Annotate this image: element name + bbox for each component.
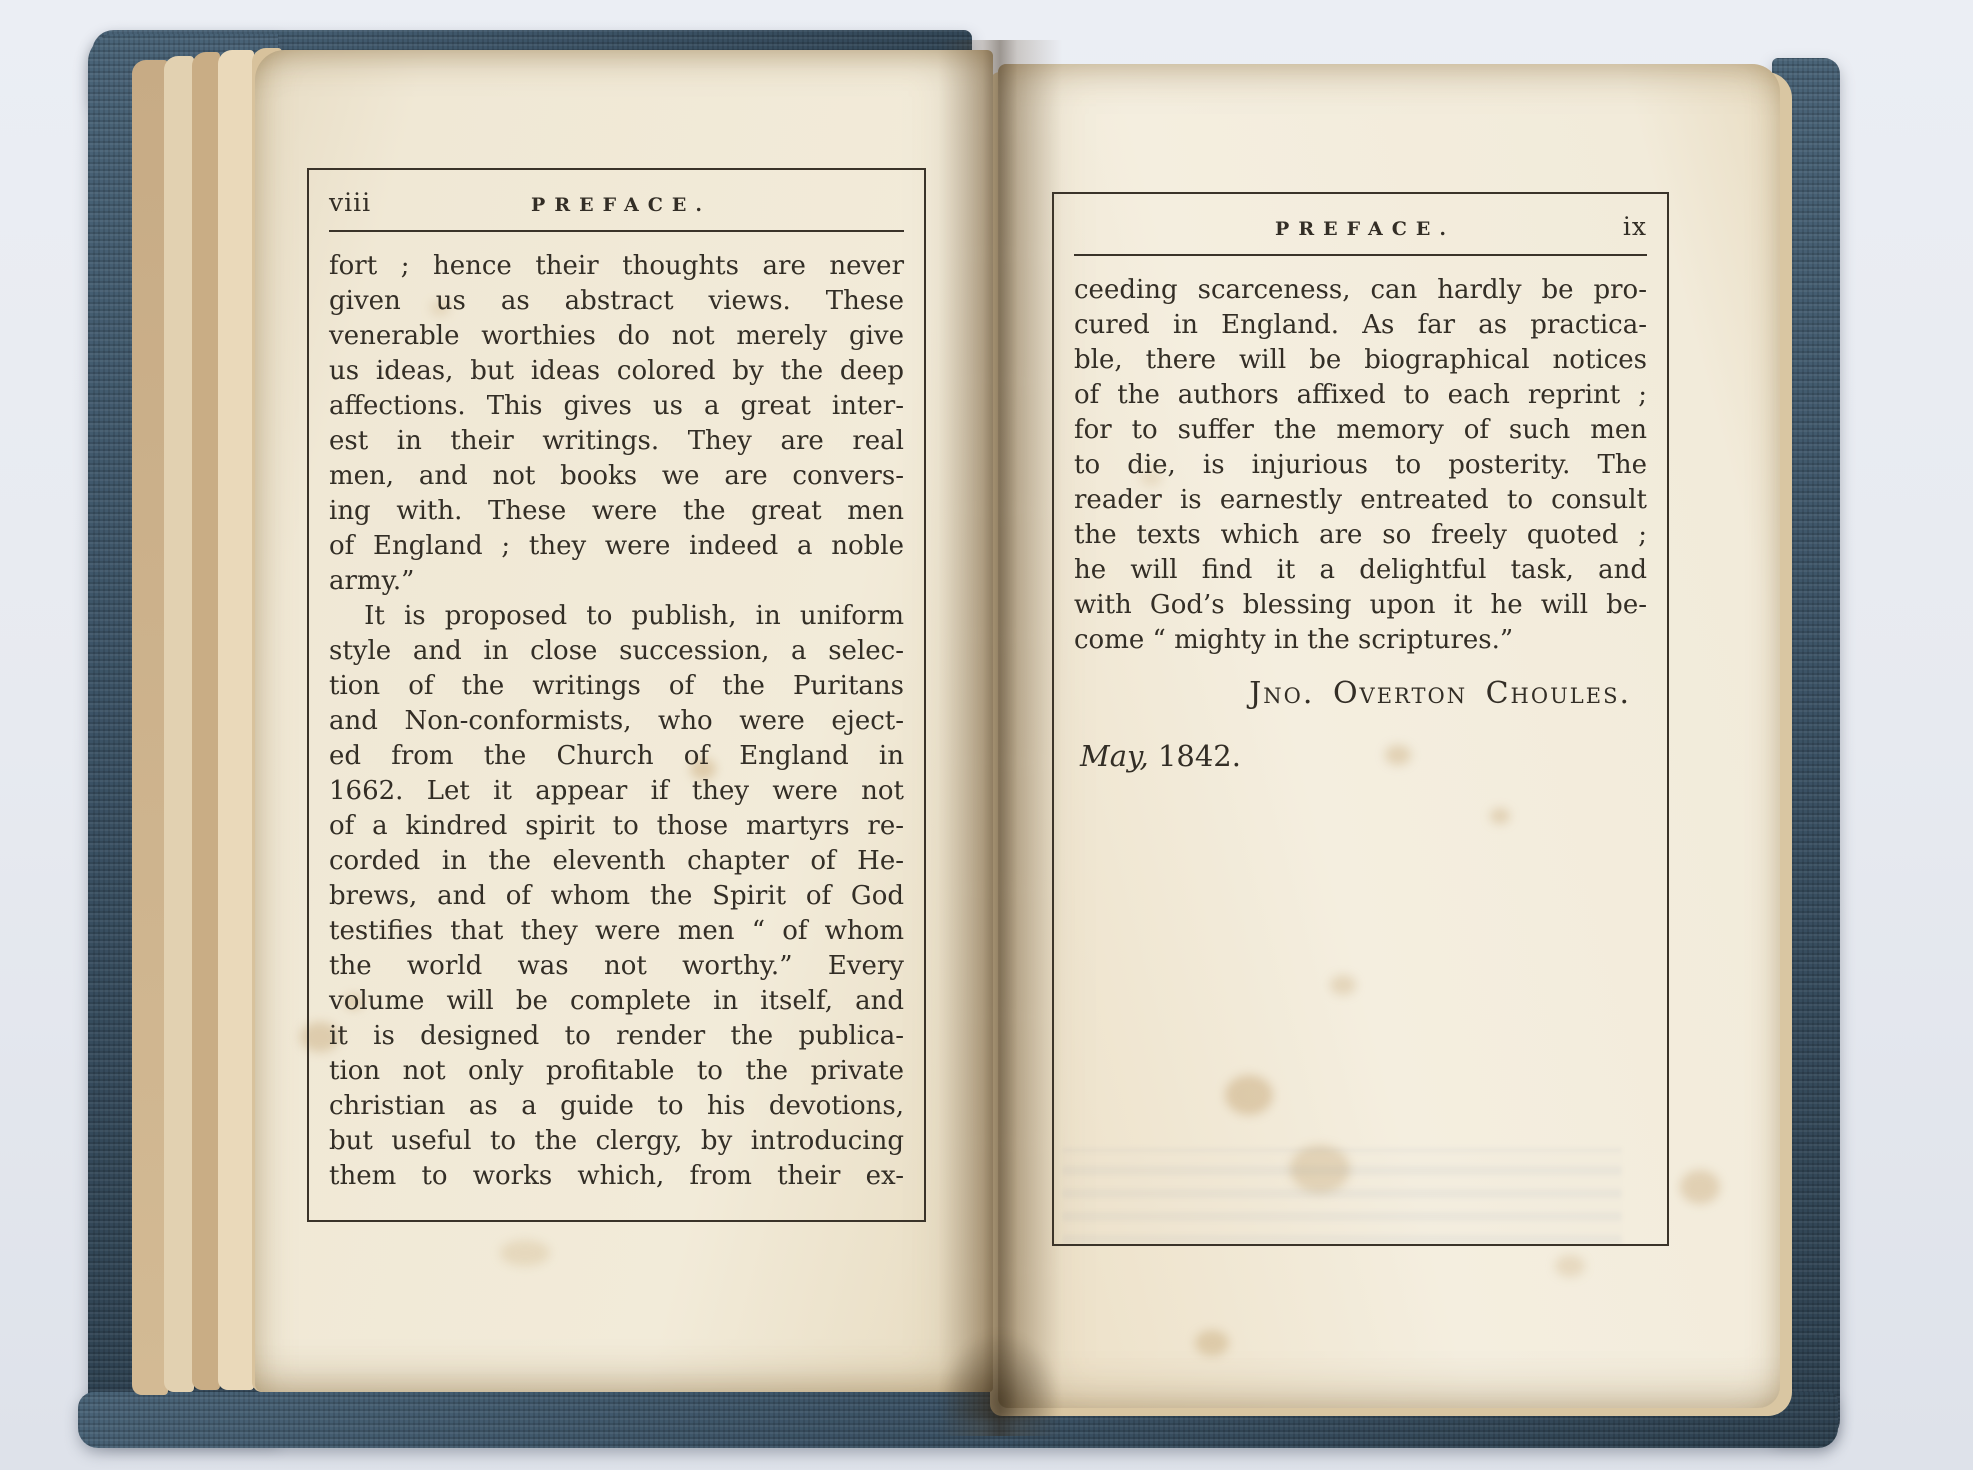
text-line: It is proposed to publish, in uniform [329,599,904,634]
text-line: for to suffer the memory of such men [1074,413,1647,448]
text-line: given us as abstract views. These [329,284,904,319]
text-line: fort ; hence their thoughts are never [329,249,904,284]
text-line: corded in the eleventh chapter of He- [329,844,904,879]
text-line: of a kindred spirit to those martyrs re- [329,809,904,844]
text-line: army.” [329,564,904,599]
text-line: tion not only profitable to the private [329,1054,904,1089]
text-line: venerable worthies do not merely give [329,319,904,354]
text-line: with God’s blessing upon it he will be- [1074,588,1647,623]
date-year: 1842. [1158,739,1241,773]
text-line: us ideas, but ideas colored by the deep [329,354,904,389]
text-line: come “ mighty in the scriptures.” [1074,623,1647,658]
text-line: ble, there will be biographical notices [1074,343,1647,378]
text-line: testifies that they were men “ of whom [329,914,904,949]
text-line: of England ; they were indeed a noble [329,529,904,564]
right-page-body-text: ceeding scarceness, can hardly be pro-cu… [1054,256,1667,658]
author-signature: Jno. Overton Choules. [1054,676,1667,711]
text-line: men, and not books we are convers- [329,459,904,494]
text-line: the texts which are so freely quoted ; [1074,518,1647,553]
text-line: to die, is injurious to posterity. The [1074,448,1647,483]
text-line: them to works which, from their ex- [329,1159,904,1194]
text-line: style and in close succession, a selec- [329,634,904,669]
text-line: tion of the writings of the Puritans [329,669,904,704]
right-page-number: ix [1571,212,1647,241]
text-line: volume will be complete in itself, and [329,984,904,1019]
text-line: and Non-conformists, who were eject- [329,704,904,739]
text-line: ceeding scarceness, can hardly be pro- [1074,273,1647,308]
left-running-head-title: PREFACE. [405,194,828,216]
text-line: cured in England. As far as practica- [1074,308,1647,343]
page-stack-edge [164,56,194,1392]
text-line: he will find it a delightful task, and [1074,553,1647,588]
left-running-header: viii PREFACE. [309,170,924,217]
text-line: of the authors affixed to each reprint ; [1074,378,1647,413]
page-stack-edge [132,60,168,1395]
right-page-text-frame: PREFACE. ix ceeding scarceness, can hard… [1052,192,1669,1246]
text-line: reader is earnestly entreated to consult [1074,483,1647,518]
page-stack-edge [218,50,254,1390]
right-running-head-title: PREFACE. [1150,218,1571,240]
text-line: ed from the Church of England in [329,739,904,774]
text-line: it is designed to render the publica- [329,1019,904,1054]
text-line: est in their writings. They are real [329,424,904,459]
date-month: May, [1080,739,1149,773]
left-page-number: viii [329,188,405,217]
date-line: May, 1842. [1054,739,1667,773]
text-line: but useful to the clergy, by introducing [329,1124,904,1159]
photo-background: viii PREFACE. fort ; hence their thought… [0,0,1973,1470]
page-stack-edge [192,52,220,1390]
text-line: 1662. Let it appear if they were not [329,774,904,809]
text-line: ing with. These were the great men [329,494,904,529]
right-running-header: PREFACE. ix [1054,194,1667,241]
text-line: the world was not worthy.” Every [329,949,904,984]
text-line: brews, and of whom the Spirit of God [329,879,904,914]
text-line: affections. This gives us a great inter- [329,389,904,424]
left-page-text-frame: viii PREFACE. fort ; hence their thought… [307,168,926,1222]
left-page-body-text: fort ; hence their thoughts are nevergiv… [309,232,924,1194]
text-line: christian as a guide to his devotions, [329,1089,904,1124]
